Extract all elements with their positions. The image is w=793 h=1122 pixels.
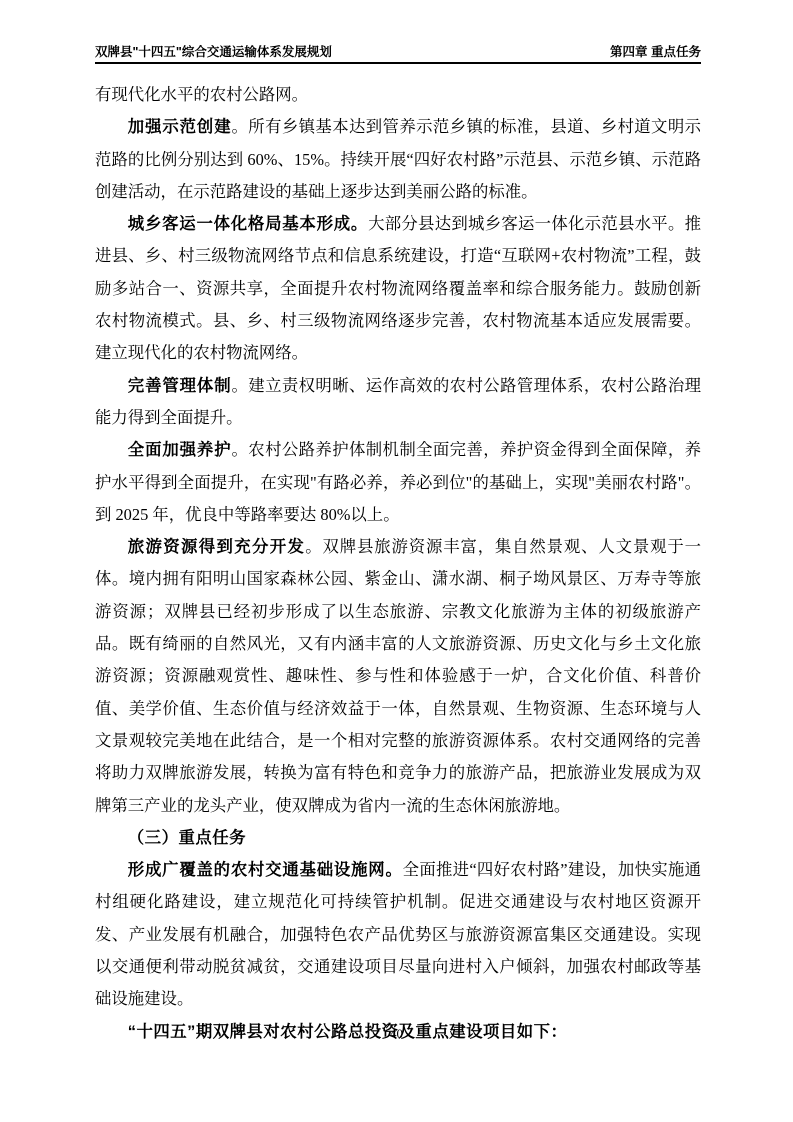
paragraph-text: 全面推进“四好农村路”建设，加快实施通村组硬化路建设，建立规范化可持续管护机制。…: [95, 860, 701, 1008]
document-body: 有现代化水平的农村公路网。 加强示范创建。所有乡镇基本达到管养示范乡镇的标准，县…: [95, 79, 701, 1048]
document-page: 双牌县"十四五"综合交通运输体系发展规划 第四章 重点任务 有现代化水平的农村公…: [0, 0, 793, 1122]
header-left-title: 双牌县"十四五"综合交通运输体系发展规划: [95, 45, 332, 60]
section-heading-text: （三）重点任务: [128, 829, 246, 847]
paragraph-lead: 旅游资源得到充分开发: [128, 538, 305, 556]
paragraph-lead: 形成广覆盖的农村交通基础设施网。: [128, 861, 403, 879]
paragraph-tourism-resources: 旅游资源得到充分开发。双牌县旅游资源丰富，集自然景观、人文景观于一体。境内拥有阳…: [95, 531, 701, 822]
paragraph-lead: 加强示范创建: [128, 118, 232, 136]
paragraph-lead: 完善管理体制: [128, 377, 232, 395]
paragraph-urban-rural-transit: 城乡客运一体化格局基本形成。大部分县达到城乡客运一体化示范县水平。推进县、乡、村…: [95, 208, 701, 369]
paragraph-maintenance: 全面加强养护。农村公路养护体制机制全面完善，养护资金得到全面保障，养护水平得到全…: [95, 434, 701, 531]
paragraph-text: 。双牌县旅游资源丰富，集自然景观、人文景观于一体。境内拥有阳明山国家森林公园、紫…: [95, 537, 701, 814]
paragraph-continuation: 有现代化水平的农村公路网。: [95, 79, 701, 111]
section-heading-key-tasks: （三）重点任务: [95, 822, 701, 854]
paragraph-text: 大部分县达到城乡客运一体化示范县水平。推进县、乡、村三级物流网络节点和信息系统建…: [95, 214, 701, 362]
page-header: 双牌县"十四五"综合交通运输体系发展规划 第四章 重点任务: [95, 45, 701, 60]
page-number: 40: [0, 1026, 793, 1042]
header-right-chapter: 第四章 重点任务: [610, 45, 701, 60]
paragraph-infrastructure-network: 形成广覆盖的农村交通基础设施网。全面推进“四好农村路”建设，加快实施通村组硬化路…: [95, 854, 701, 1015]
paragraph-management-system: 完善管理体制。建立责权明晰、运作高效的农村公路管理体系，农村公路治理能力得到全面…: [95, 370, 701, 435]
header-rule: [95, 62, 701, 64]
paragraph-lead: 城乡客运一体化格局基本形成。: [128, 215, 368, 233]
paragraph-demonstration-creation: 加强示范创建。所有乡镇基本达到管养示范乡镇的标准，县道、乡村道文明示范路的比例分…: [95, 111, 701, 208]
paragraph-text: 有现代化水平的农村公路网。: [95, 85, 308, 104]
paragraph-lead: 全面加强养护: [128, 441, 232, 459]
